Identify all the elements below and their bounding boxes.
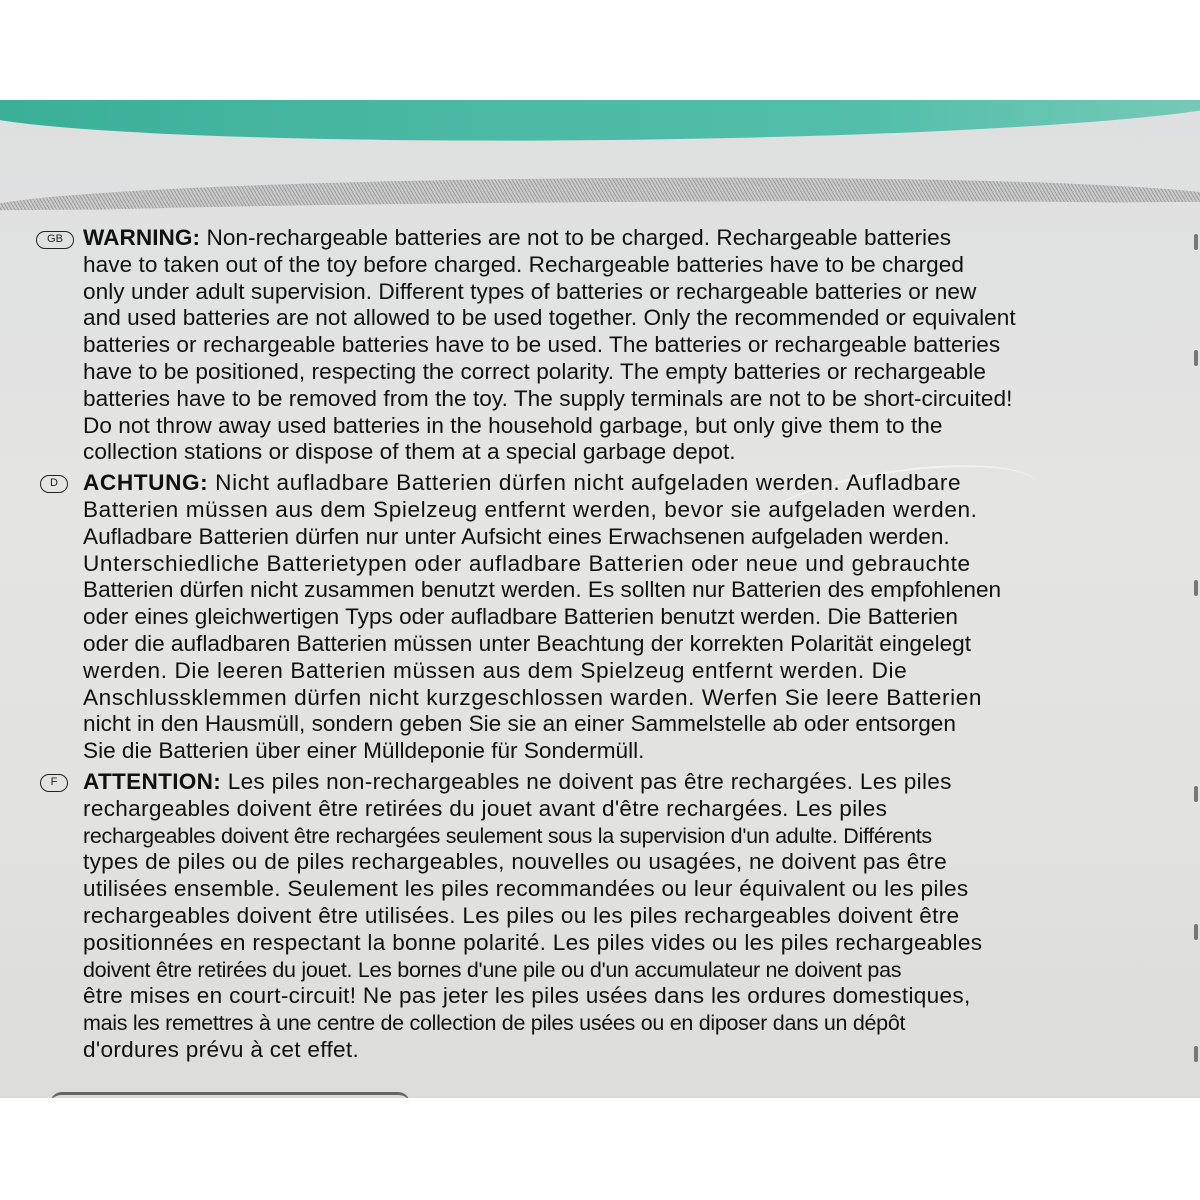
warning-section-german: D ACHTUNG: Nicht aufladbare Batterien dü… bbox=[36, 470, 1176, 765]
text-line: Unterschiedliche Batterietypen oder aufl… bbox=[83, 551, 1176, 578]
text-line: werden. Die leeren Batterien müssen aus … bbox=[83, 658, 1176, 685]
edge-mark bbox=[1194, 580, 1198, 596]
edge-mark bbox=[1194, 1046, 1198, 1062]
hatched-divider-band bbox=[0, 174, 1200, 211]
text-line: d'ordures prévu à cet effet. bbox=[83, 1037, 1176, 1064]
text-line: Batterien dürfen nicht zusammen benutzt … bbox=[83, 577, 1176, 604]
text-line: ATTENTION: Les piles non-rechargeables n… bbox=[83, 769, 1176, 796]
text-line: WARNING: Non-rechargeable batteries are … bbox=[83, 225, 1176, 252]
text-line: only under adult supervision. Different … bbox=[83, 279, 1176, 306]
text-line: doivent être retirées du jouet. Les born… bbox=[83, 957, 1176, 984]
warning-section-english: GB WARNING: Non-rechargeable batteries a… bbox=[36, 225, 1176, 466]
text-line: utilisées ensemble. Seulement les piles … bbox=[83, 876, 1176, 903]
cropped-next-section bbox=[50, 1088, 430, 1098]
cropped-heading-shape bbox=[50, 1092, 410, 1098]
text-line: Batterien müssen aus dem Spielzeug entfe… bbox=[83, 497, 1176, 524]
text-line: have to be positioned, respecting the co… bbox=[83, 359, 1176, 386]
edge-mark bbox=[1194, 786, 1198, 802]
language-badge-d-icon: D bbox=[40, 475, 68, 493]
edge-mark bbox=[1194, 924, 1198, 940]
text-line: être mises en court-circuit! Ne pas jete… bbox=[83, 983, 1176, 1010]
text-line: rechargeables doivent être utilisées. Le… bbox=[83, 903, 1176, 930]
teal-packaging-band bbox=[0, 100, 1200, 147]
text-line: collection stations or dispose of them a… bbox=[83, 439, 1176, 466]
text-line: types de piles ou de piles rechargeables… bbox=[83, 849, 1176, 876]
language-badge-gb-icon: GB bbox=[36, 231, 74, 249]
text-line: mais les remettres à une centre de colle… bbox=[83, 1010, 1176, 1037]
text-line: Sie die Batterien über einer Mülldeponie… bbox=[83, 738, 1176, 765]
text-line: positionnées en respectant la bonne pola… bbox=[83, 930, 1176, 957]
text-line: batteries have to be removed from the to… bbox=[83, 386, 1176, 413]
text-line: nicht in den Hausmüll, sondern geben Sie… bbox=[83, 711, 1176, 738]
section-heading: ACHTUNG: bbox=[83, 470, 208, 495]
text-line: ACHTUNG: Nicht aufladbare Batterien dürf… bbox=[83, 470, 1176, 497]
language-badge-f-icon: F bbox=[40, 774, 68, 792]
text-line: Anschlussklemmen dürfen nicht kurzgeschl… bbox=[83, 685, 1176, 712]
warning-section-french: F ATTENTION: Les piles non-rechargeables… bbox=[36, 769, 1176, 1064]
text-line: Do not throw away used batteries in the … bbox=[83, 413, 1176, 440]
product-label-photo: GB WARNING: Non-rechargeable batteries a… bbox=[0, 100, 1200, 1098]
section-heading: ATTENTION: bbox=[83, 769, 221, 794]
text-line: rechargeables doivent être retirées du j… bbox=[83, 796, 1176, 823]
text-line: oder eines gleichwertigen Typs oder aufl… bbox=[83, 604, 1176, 631]
edge-mark bbox=[1194, 234, 1198, 250]
text-line: have to taken out of the toy before char… bbox=[83, 252, 1176, 279]
text-line: oder die aufladbaren Batterien müssen un… bbox=[83, 631, 1176, 658]
section-heading: WARNING: bbox=[83, 225, 200, 250]
text-line: and used batteries are not allowed to be… bbox=[83, 305, 1176, 332]
text-line: batteries or rechargeable batteries have… bbox=[83, 332, 1176, 359]
text-line: rechargeables doivent être rechargées se… bbox=[83, 823, 1176, 850]
battery-warning-text: GB WARNING: Non-rechargeable batteries a… bbox=[36, 225, 1176, 1068]
text-line: Aufladbare Batterien dürfen nur unter Au… bbox=[83, 524, 1176, 551]
edge-mark bbox=[1194, 350, 1198, 366]
right-edge-marks bbox=[1188, 220, 1200, 1098]
